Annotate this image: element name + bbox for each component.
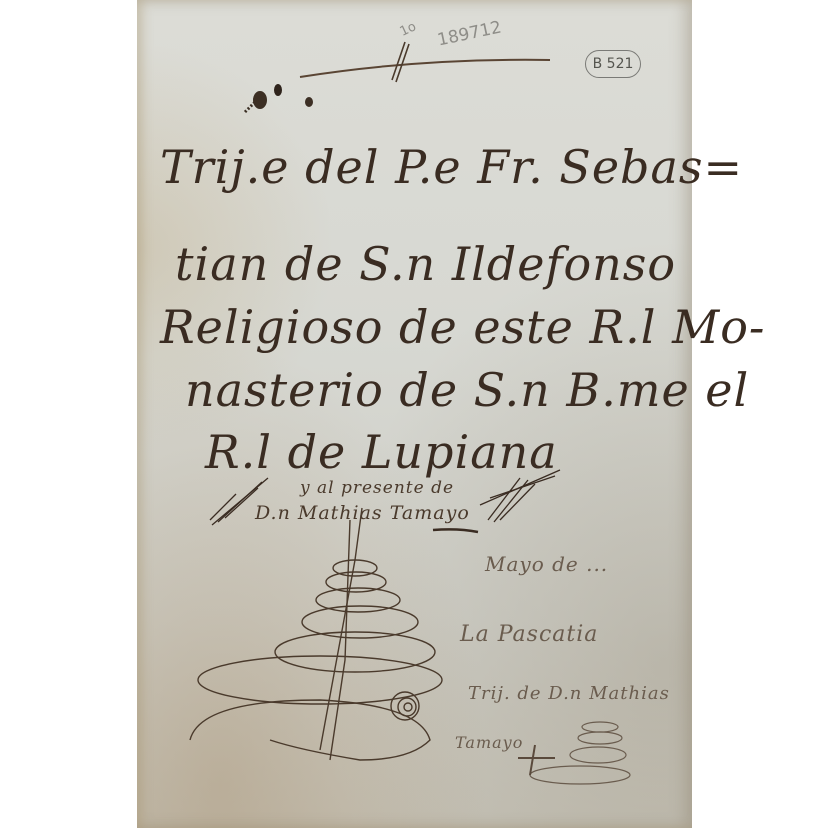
title-line-3: Religioso de este R.l Mo- bbox=[160, 300, 765, 354]
side-note-3: Trij. de D.n Mathias bbox=[468, 683, 670, 704]
note-line-1: y al presente de bbox=[300, 478, 454, 498]
title-line-4: nasterio de S.n B.me el bbox=[185, 363, 749, 417]
title-line-1: Trij.e del P.e Fr. Sebas= bbox=[160, 140, 743, 194]
note-line-2: D.n Mathias Tamayo bbox=[255, 502, 470, 524]
side-note-1: Mayo de ... bbox=[485, 552, 608, 576]
side-note-2: La Pascatia bbox=[460, 622, 598, 647]
shelfmark-label: B 521 bbox=[585, 50, 641, 78]
title-line-2: tian de S.n Ildefonso bbox=[175, 237, 676, 291]
side-note-4: Tamayo bbox=[455, 733, 523, 752]
title-line-5: R.l de Lupiana bbox=[205, 425, 558, 479]
